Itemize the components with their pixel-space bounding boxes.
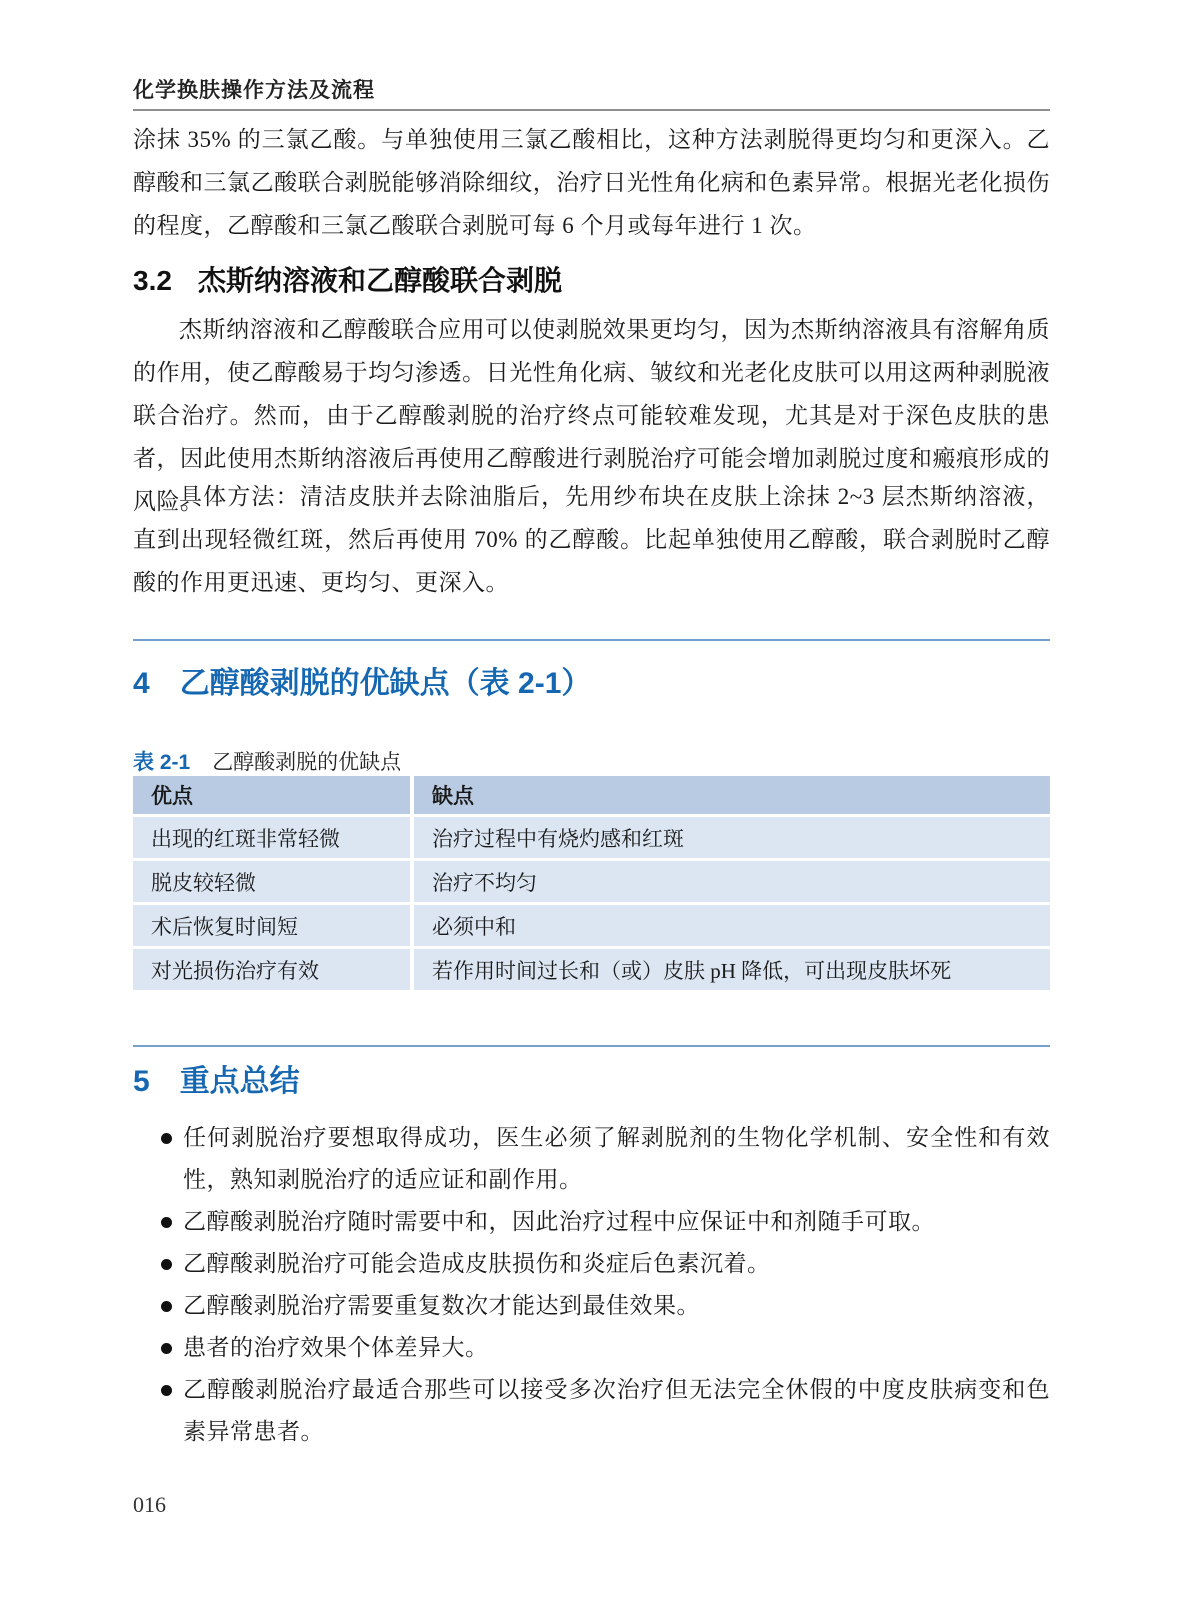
section-number: 5 xyxy=(133,1065,150,1098)
list-item: 乙醇酸剥脱治疗最适合那些可以接受多次治疗但无法完全休假的中度皮肤病变和色素异常患… xyxy=(133,1369,1050,1453)
page-number: 016 xyxy=(133,1492,1050,1518)
key-summary-list: 任何剥脱治疗要想取得成功，医生必须了解剥脱剂的生物化学机制、安全性和有效性，熟知… xyxy=(133,1117,1050,1453)
table-cell: 治疗不均匀 xyxy=(414,861,1050,902)
section-title: 乙醇酸剥脱的优缺点（表 2-1） xyxy=(180,667,592,700)
table-caption-title: 乙醇酸剥脱的优缺点 xyxy=(212,751,401,774)
section-divider xyxy=(133,1045,1050,1047)
paragraph-tca-continuation: 涂抹 35% 的三氯乙酸。与单独使用三氯乙酸相比，这种方法剥脱得更均匀和更深入。… xyxy=(133,118,1050,247)
section-heading-4: 4乙醇酸剥脱的优缺点（表 2-1） xyxy=(133,658,1050,702)
list-item: 乙醇酸剥脱治疗可能会造成皮肤损伤和炎症后色素沉着。 xyxy=(133,1243,1050,1285)
section-number: 3.2 xyxy=(133,265,172,296)
table-cell: 治疗过程中有烧灼感和红斑 xyxy=(414,817,1050,858)
section-divider xyxy=(133,639,1050,641)
table-cell: 出现的红斑非常轻微 xyxy=(133,817,410,858)
section-title: 杰斯纳溶液和乙醇酸联合剥脱 xyxy=(198,265,562,296)
section-heading-5: 5重点总结 xyxy=(133,1056,1050,1100)
table-caption-label: 表 2-1 xyxy=(133,751,190,774)
header-divider xyxy=(133,109,1050,111)
table-cell: 对光损伤治疗有效 xyxy=(133,949,410,990)
section-title: 重点总结 xyxy=(180,1065,300,1098)
section-heading-3-2: 3.2杰斯纳溶液和乙醇酸联合剥脱 xyxy=(133,259,1050,299)
table-cell: 必须中和 xyxy=(414,905,1050,946)
section-number: 4 xyxy=(133,667,150,700)
table-header-pros: 优点 xyxy=(133,776,410,814)
paragraph-method-detail: 具体方法：清洁皮肤并去除油脂后，先用纱布块在皮肤上涂抹 2~3 层杰斯纳溶液，直… xyxy=(133,475,1050,604)
list-item: 乙醇酸剥脱治疗随时需要中和，因此治疗过程中应保证中和剂随手可取。 xyxy=(133,1201,1050,1243)
document-page: 化学换肤操作方法及流程 涂抹 35% 的三氯乙酸。与单独使用三氯乙酸相比，这种方… xyxy=(0,0,1179,1600)
table-cell: 若作用时间过长和（或）皮肤 pH 降低，可出现皮肤坏死 xyxy=(414,949,1050,990)
list-item: 患者的治疗效果个体差异大。 xyxy=(133,1327,1050,1369)
list-item: 乙醇酸剥脱治疗需要重复数次才能达到最佳效果。 xyxy=(133,1285,1050,1327)
table-header-cons: 缺点 xyxy=(414,776,1050,814)
list-item: 任何剥脱治疗要想取得成功，医生必须了解剥脱剂的生物化学机制、安全性和有效性，熟知… xyxy=(133,1117,1050,1201)
running-header-title: 化学换肤操作方法及流程 xyxy=(133,74,1050,104)
table-cell: 术后恢复时间短 xyxy=(133,905,410,946)
pros-cons-table: 优点 缺点 出现的红斑非常轻微 治疗过程中有烧灼感和红斑 脱皮较轻微 治疗不均匀… xyxy=(133,776,1050,990)
table-cell: 脱皮较轻微 xyxy=(133,861,410,902)
table-caption: 表 2-1乙醇酸剥脱的优缺点 xyxy=(133,746,1050,776)
